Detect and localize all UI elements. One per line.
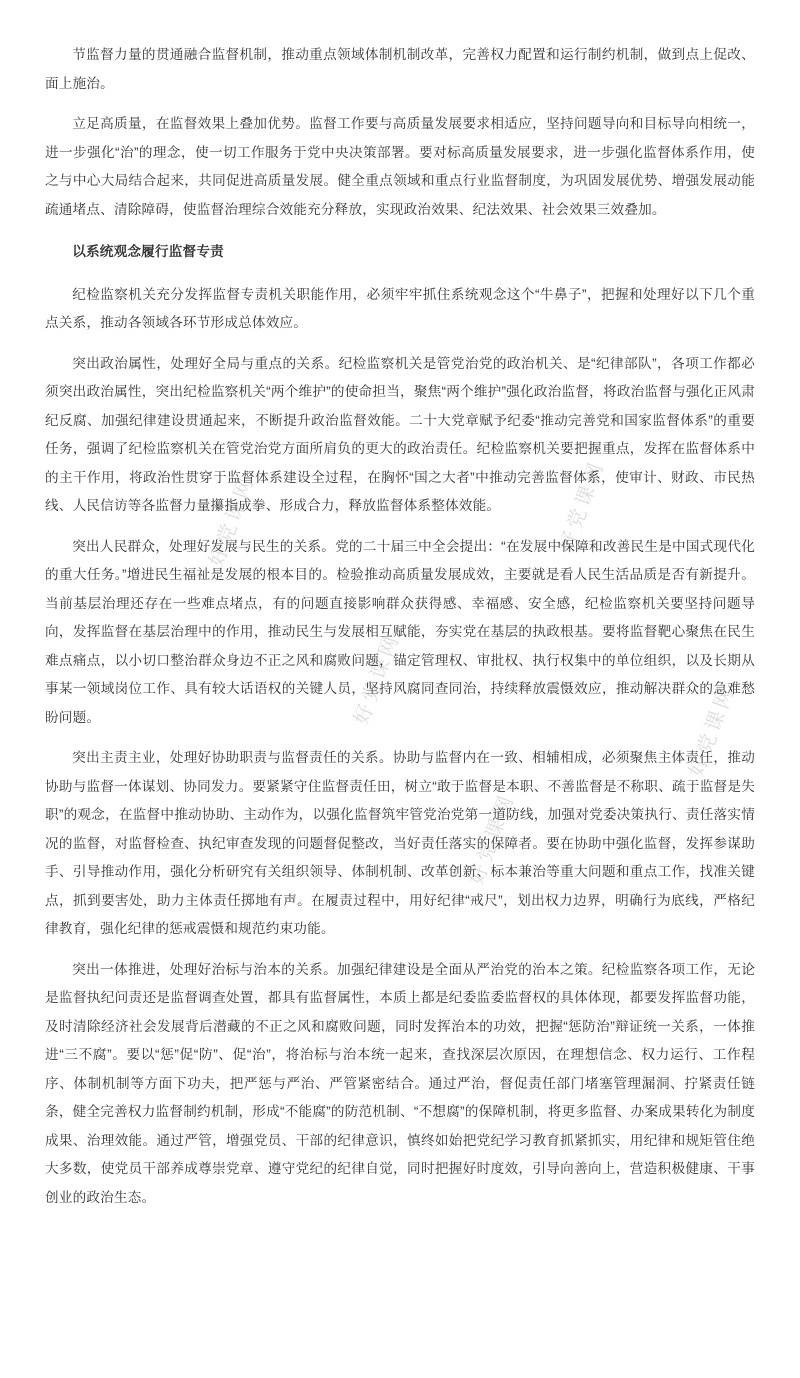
section-heading: 以系统观念履行监督专责 [45,238,755,267]
body-paragraph: 突出人民群众，处理好发展与民生的关系。党的二十届三中全会提出：“在发展中保障和改… [45,533,755,733]
body-paragraph: 突出一体推进，处理好治标与治本的关系。加强纪律建设是全面从严治党的治本之策。纪检… [45,956,755,1213]
body-paragraph: 节监督力量的贯通融合监督机制，推动重点领域体制机制改革，完善权力配置和运行制约机… [45,41,755,98]
body-paragraph: 纪检监察机关充分发挥监督专责机关职能作用，必须牢牢抓住系统观念这个“牛鼻子”，把… [45,281,755,338]
document-content: 节监督力量的贯通融合监督机制，推动重点领域体制机制改革，完善权力配置和运行制约机… [45,41,755,1224]
body-paragraph: 立足高质量，在监督效果上叠加优势。监督工作要与高质量发展要求相适应，坚持问题导向… [45,110,755,224]
document-page: 好党课网好党课网好党课网好党课网好党课网 节监督力量的贯通融合监督机制，推动重点… [0,0,800,1378]
body-paragraph: 突出主责主业，处理好协助职责与监督责任的关系。协助与监督内在一致、相辅相成，必须… [45,744,755,944]
body-paragraph: 突出政治属性，处理好全局与重点的关系。纪检监察机关是管党治党的政治机关、是“纪律… [45,350,755,521]
